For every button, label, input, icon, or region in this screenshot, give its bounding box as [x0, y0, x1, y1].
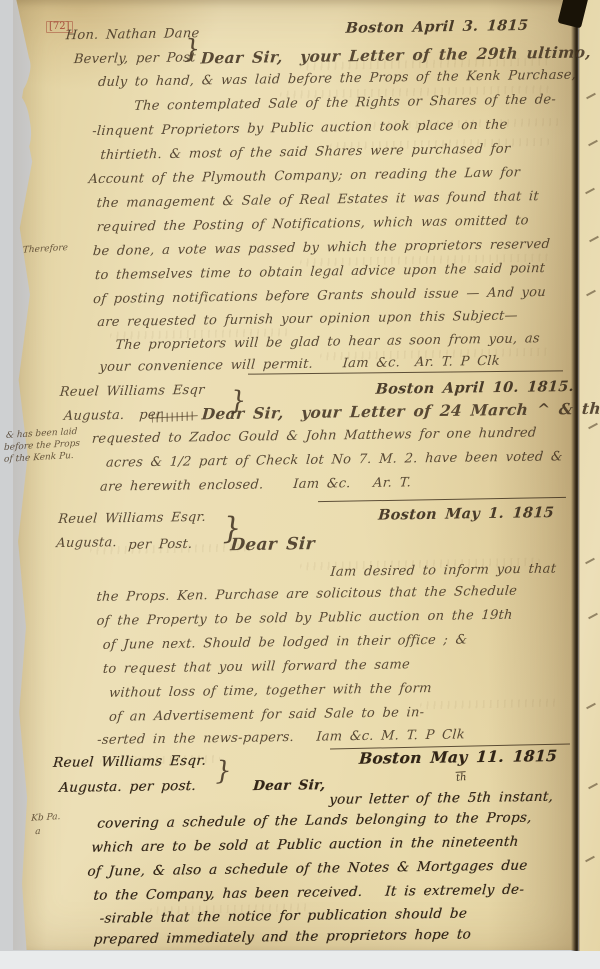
recipient-brace: } — [215, 758, 233, 785]
recipient-address: Augusta. per post. — [58, 778, 196, 797]
manuscript-line: -sirable that the notice for publication… — [99, 906, 468, 928]
margin-note: a — [35, 827, 41, 839]
place-date-line: Boston May 11. 1815 — [358, 746, 558, 768]
recipient-name: Reuel Williams Esqr. — [52, 753, 206, 772]
manuscript-line: of June, & also a schedule of the Notes … — [87, 858, 528, 881]
manuscript-line: covering a schedule of the Lands belongi… — [97, 810, 533, 833]
manuscript-line: prepared immediately and the proprietors… — [93, 926, 472, 948]
manuscript-line: to the Company, has been received. It is… — [93, 882, 525, 905]
manuscript-line: which are to be sold at Public auction i… — [91, 834, 519, 857]
margin-note: Kb Pa. — [31, 812, 61, 825]
letter-may-11-1815: Reuel Williams Esqr. Augusta. per post. … — [0, 0, 600, 969]
manuscript-line: your letter of the 5th instant, — [328, 789, 553, 809]
interlinear-superscript: th — [456, 771, 467, 784]
salutation: Dear Sir, — [252, 777, 325, 795]
scanned-manuscript-page: { "document": { "page_number": "[72]", "… — [0, 0, 600, 969]
